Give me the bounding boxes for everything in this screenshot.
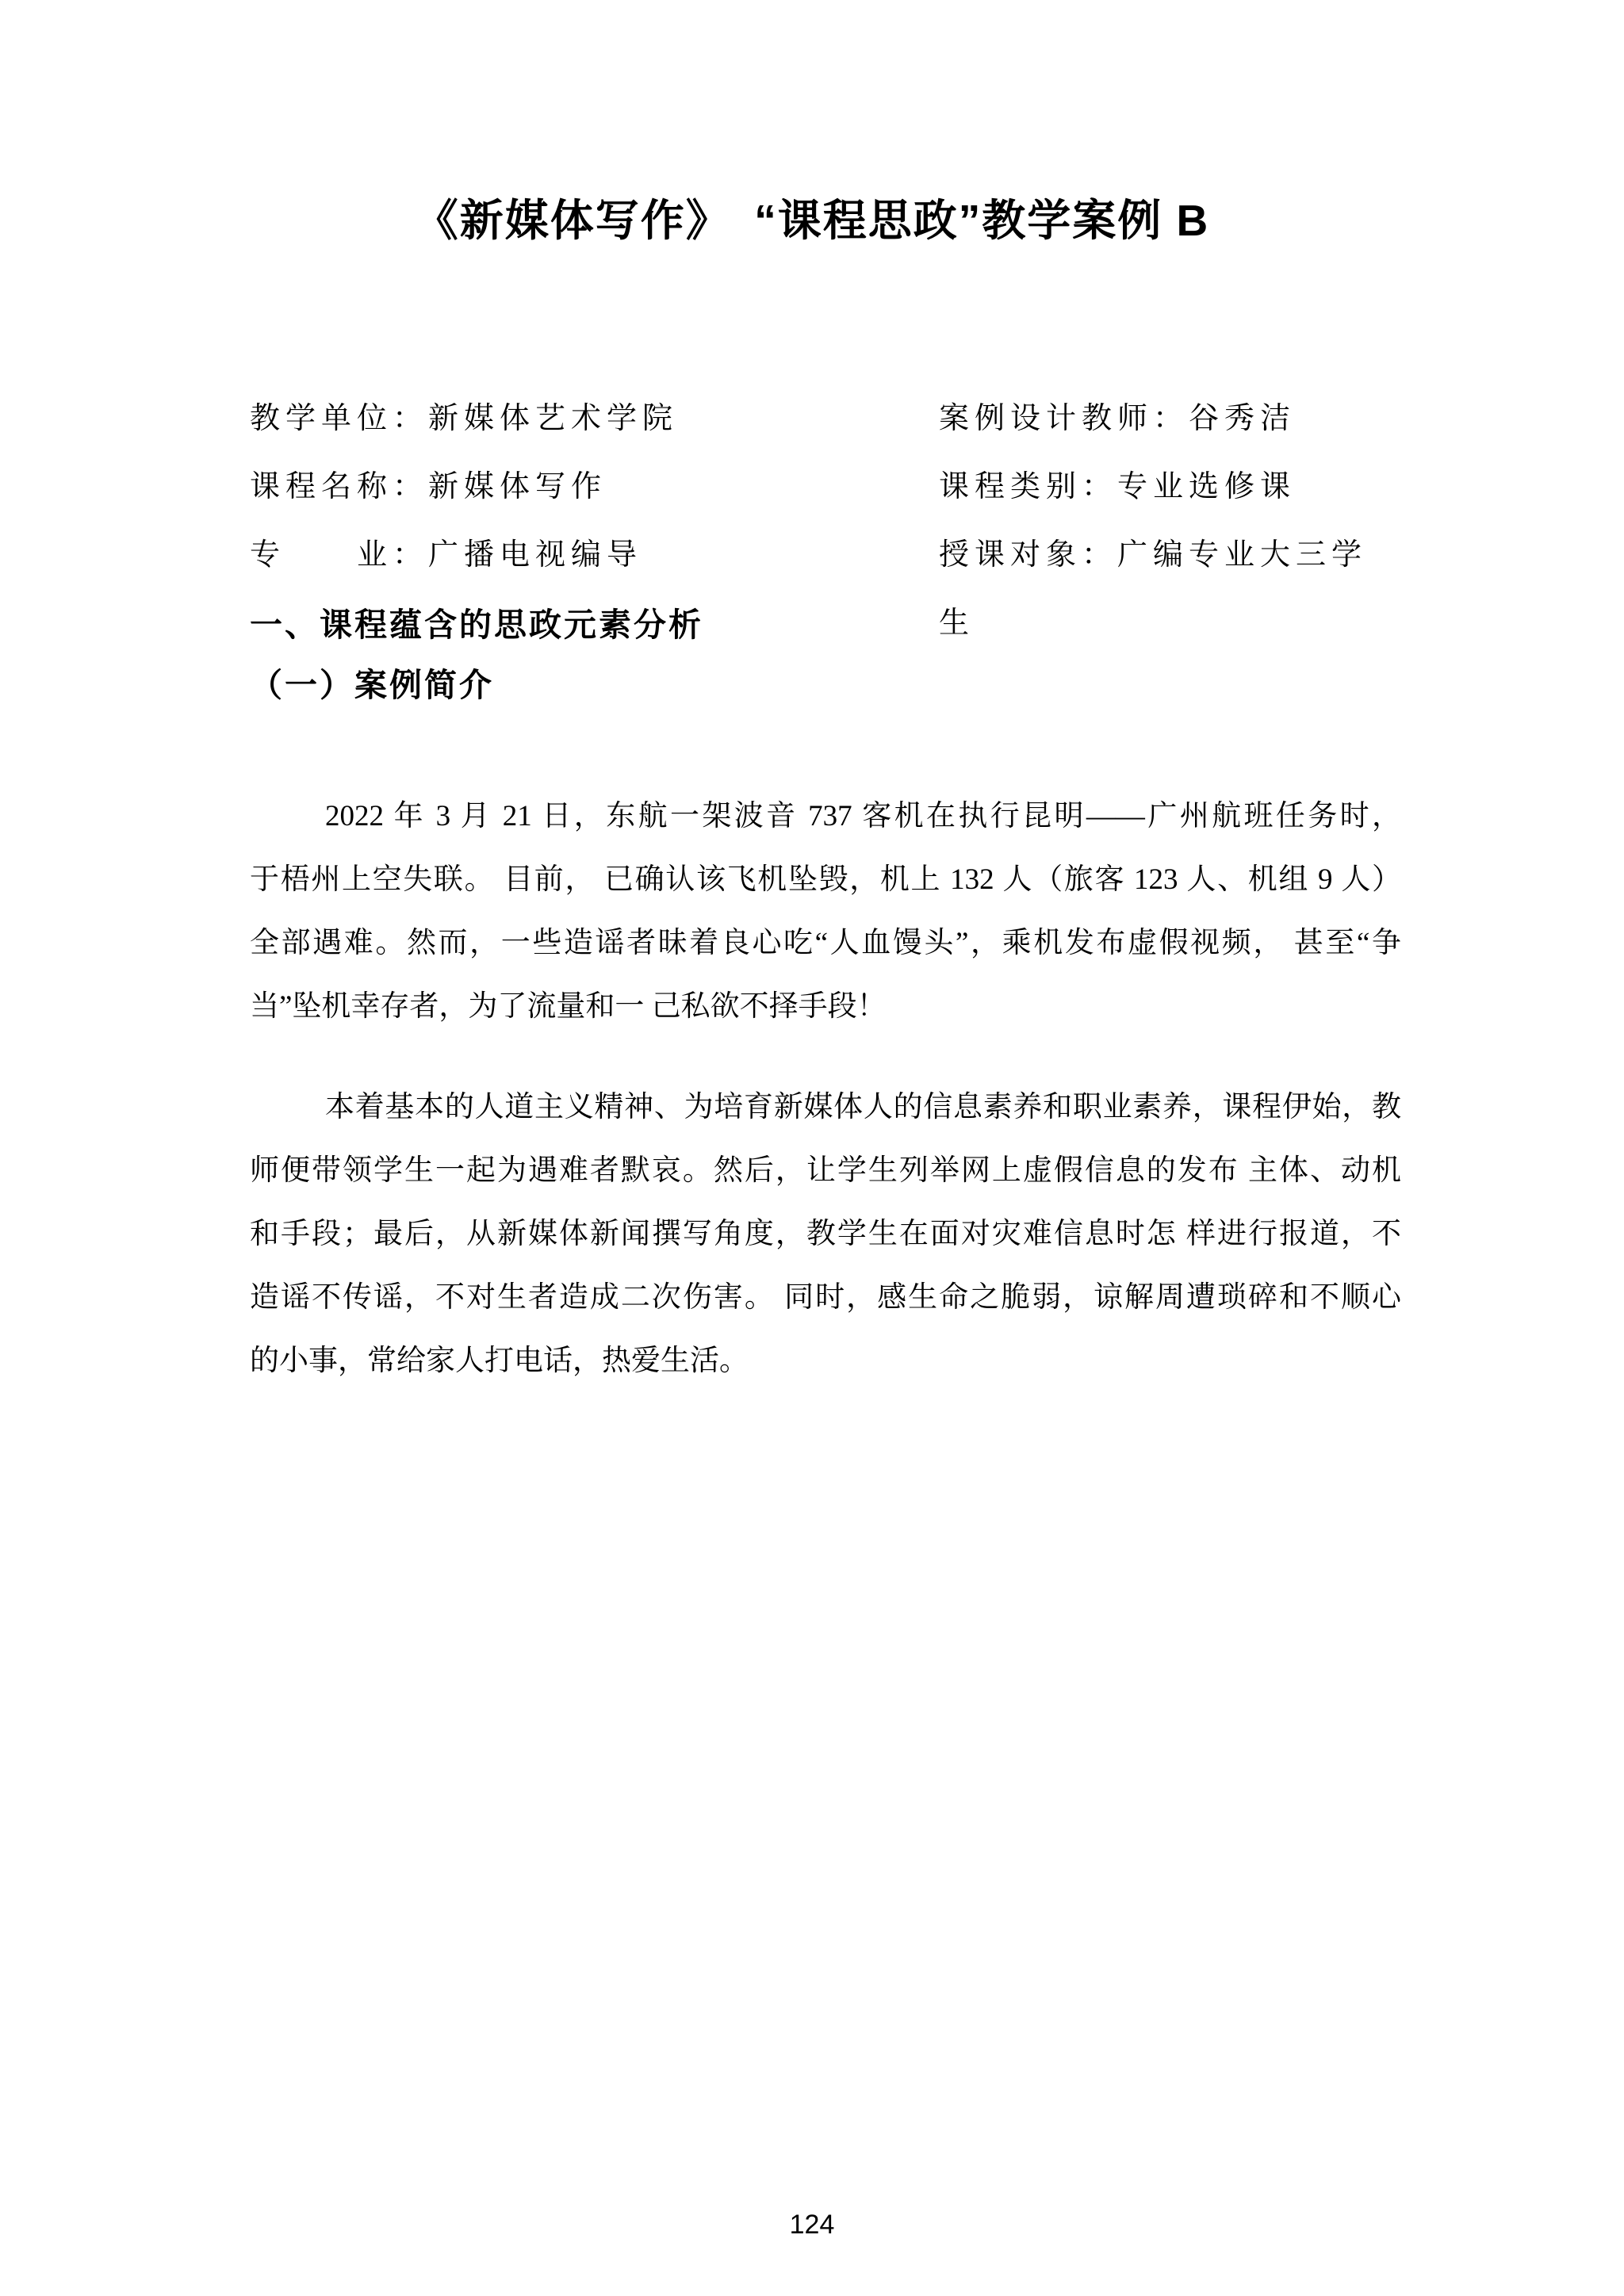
paragraph-line: 师便带领学生一起为遇难者默哀。然后，让学生列举网上虚假信息的发布 主体、动机 (250, 1139, 1401, 1203)
paragraph-line: 本着基本的人道主义精神、为培育新媒体人的信息素养和职业素养，课程伊始，教 (250, 1076, 1401, 1139)
course-meta-block: 教学单位：新媒体艺术学院 案例设计教师：谷秀洁 课程名称：新媒体写作 课程类别：… (250, 385, 1401, 589)
document-title: 《新媒体写作》 “课程思政”教学案例 B (0, 195, 1624, 246)
paragraph-line: 于梧州上空失联。 目前， 已确认该飞机坠毁，机上 132 人（旅客 123 人、… (250, 848, 1401, 912)
meta-target-students: 授课对象：广编专业大三学生 (939, 521, 1401, 589)
paragraph-line: 当”坠机幸存者，为了流量和一 己私欲不择手段！ (250, 975, 1401, 1039)
meta-major: 专 业：广播电视编导 (250, 521, 939, 589)
meta-course-name: 课程名称：新媒体写作 (250, 453, 939, 521)
meta-designer-teacher: 案例设计教师：谷秀洁 (939, 385, 1401, 453)
meta-row: 教学单位：新媒体艺术学院 案例设计教师：谷秀洁 (250, 385, 1401, 453)
meta-course-category: 课程类别：专业选修课 (939, 453, 1401, 521)
paragraph-line: 造谣不传谣，不对生者造成二次伤害。 同时，感生命之脆弱，谅解周遭琐碎和不顺心 (250, 1266, 1401, 1330)
subsection-heading-case-intro: （一）案例简介 (250, 664, 494, 706)
section-heading-ideology-analysis: 一、课程蕴含的思政元素分析 (250, 604, 703, 645)
meta-row: 专 业：广播电视编导 授课对象：广编专业大三学生 (250, 521, 1401, 589)
document-page: 《新媒体写作》 “课程思政”教学案例 B 教学单位：新媒体艺术学院 案例设计教师… (0, 0, 1624, 2296)
paragraph-case-intro-2: 本着基本的人道主义精神、为培育新媒体人的信息素养和职业素养，课程伊始，教 师便带… (250, 1076, 1401, 1393)
paragraph-line: 2022 年 3 月 21 日，东航一架波音 737 客机在执行昆明——广州航班… (250, 785, 1401, 848)
paragraph-case-intro-1: 2022 年 3 月 21 日，东航一架波音 737 客机在执行昆明——广州航班… (250, 785, 1401, 1039)
meta-teaching-unit: 教学单位：新媒体艺术学院 (250, 385, 939, 453)
paragraph-line: 和手段；最后，从新媒体新闻撰写角度，教学生在面对灾难信息时怎 样进行报道，不 (250, 1203, 1401, 1266)
paragraph-line: 全部遇难。然而，一些造谣者昧着良心吃“人血馒头”，乘机发布虚假视频， 甚至“争 (250, 912, 1401, 975)
meta-row: 课程名称：新媒体写作 课程类别：专业选修课 (250, 453, 1401, 521)
page-number: 124 (0, 2209, 1624, 2241)
paragraph-line: 的小事，常给家人打电话，热爱生活。 (250, 1330, 1401, 1393)
